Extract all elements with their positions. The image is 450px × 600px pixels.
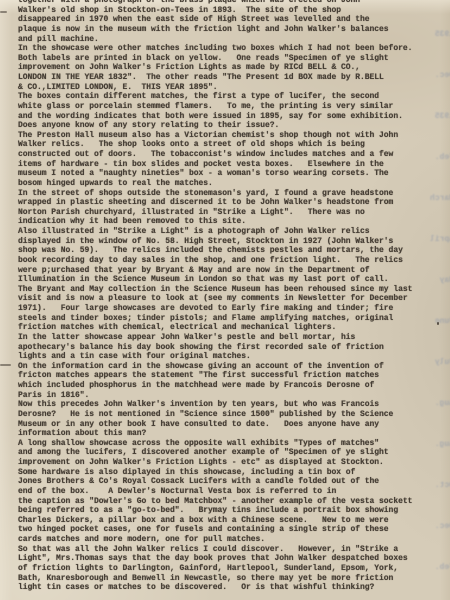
document-page: together with a photograph of the brass … bbox=[0, 0, 450, 600]
left-margin-ink-dash-middle bbox=[0, 364, 11, 366]
typewritten-body-text: together with a photograph of the brass … bbox=[18, 0, 444, 593]
stray-ink-dot bbox=[437, 322, 440, 325]
left-margin-ink-dash-top bbox=[0, 11, 7, 13]
